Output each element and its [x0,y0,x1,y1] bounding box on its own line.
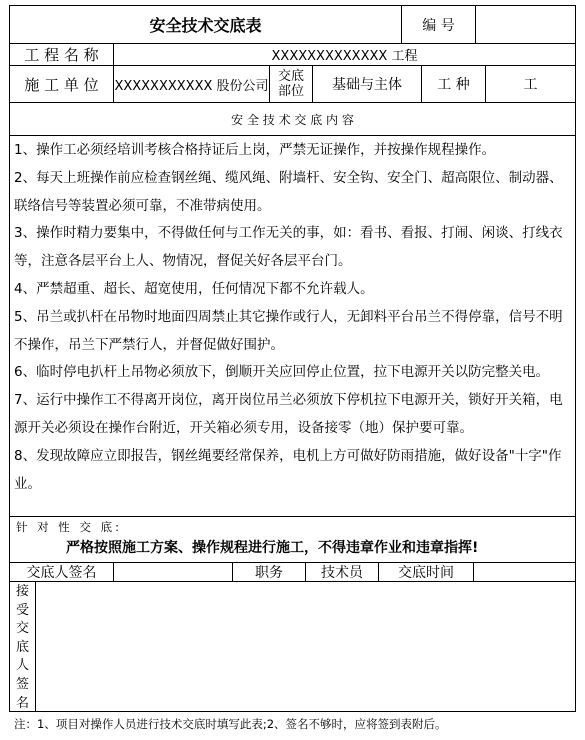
disclosure-part-label: 交底 部位 [270,66,312,102]
content-item: 1、操作工必须经培训考核合格持证后上岗，严禁无证操作，并按操作规程操作。 [14,137,574,165]
discloser-signature-field[interactable] [114,563,232,581]
form-title: 安全技术交底表 [10,6,401,43]
content-item: 5、吊兰或扒杆在吊物时地面四周禁止其它操作或行人，无卸料平台吊兰不得停靠，信号不… [14,304,574,360]
construction-unit-label: 施 工 单 位 [10,66,113,102]
disclosure-time-field[interactable] [474,563,575,581]
receiver-signature-label: 接受交底人签名 [10,583,35,713]
content-item: 2、每天上班操作前应检查钢丝绳、缆风绳、附墙杆、安全钩、安全门、超高限位、制动器… [14,165,574,221]
content-item: 8、发现故障应立即报告，钢丝绳要经常保养，电机上方可做好防雨措施，做好设备"十字… [14,443,574,499]
row-divider [9,516,576,517]
work-type-field[interactable]: 工 [486,66,575,102]
work-type-label: 工 种 [422,66,485,102]
targeted-disclosure-text: 严格按照施工方案、操作规程进行施工，不得违章作业和违章指挥! [66,537,478,557]
discloser-signature-label: 交底人签名 [10,563,113,581]
disclosure-part-label-line2: 部位 [278,84,304,99]
content-item: 4、严禁超重、超长、超宽使用，任何情况下都不允许载人。 [14,276,574,304]
position-label: 职务 [233,563,305,581]
table-border-bottom [9,711,576,712]
disclosure-part-label-line1: 交底 [278,69,304,84]
table-border-right [575,5,576,712]
content-item: 7、运行中操作工不得离开岗位，离开岗位吊兰必须放下停机拉下电源开关，锁好开关箱，… [14,387,574,443]
project-name-field[interactable]: XXXXXXXXXXXXX 工程 [114,44,575,65]
targeted-disclosure-label: 针 对 性 交 底: [16,519,122,535]
footnote: 注：1、项目对操作人员进行技术交底时填写此表;2、签名不够时，应将签到表附后。 [14,716,447,732]
content-header: 安 全 技 术 交 底 内 容 [10,103,575,135]
content-item: 6、临时停电扒杆上吊物必须放下，倒顺开关应回停止位置，拉下电源开关以防完整关电。 [14,359,574,387]
number-field[interactable] [476,6,575,43]
content-item: 3、操作时精力要集中，不得做任何与工作无关的事，如：看书、看报、打闹、闲谈、打线… [14,220,574,276]
construction-unit-field[interactable]: XXXXXXXXXXX 股份公司 [114,66,269,102]
disclosure-part-field[interactable]: 基础与主体 [313,66,421,102]
row-divider [9,135,576,136]
safety-content: 1、操作工必须经培训考核合格持证后上岗，严禁无证操作，并按操作规程操作。 2、每… [14,137,574,498]
position-field[interactable]: 技术员 [306,563,378,581]
project-name-label: 工 程 名 称 [10,44,113,65]
number-label: 编 号 [402,6,475,43]
disclosure-time-label: 交底时间 [379,563,473,581]
receiver-signature-area[interactable] [36,582,575,711]
